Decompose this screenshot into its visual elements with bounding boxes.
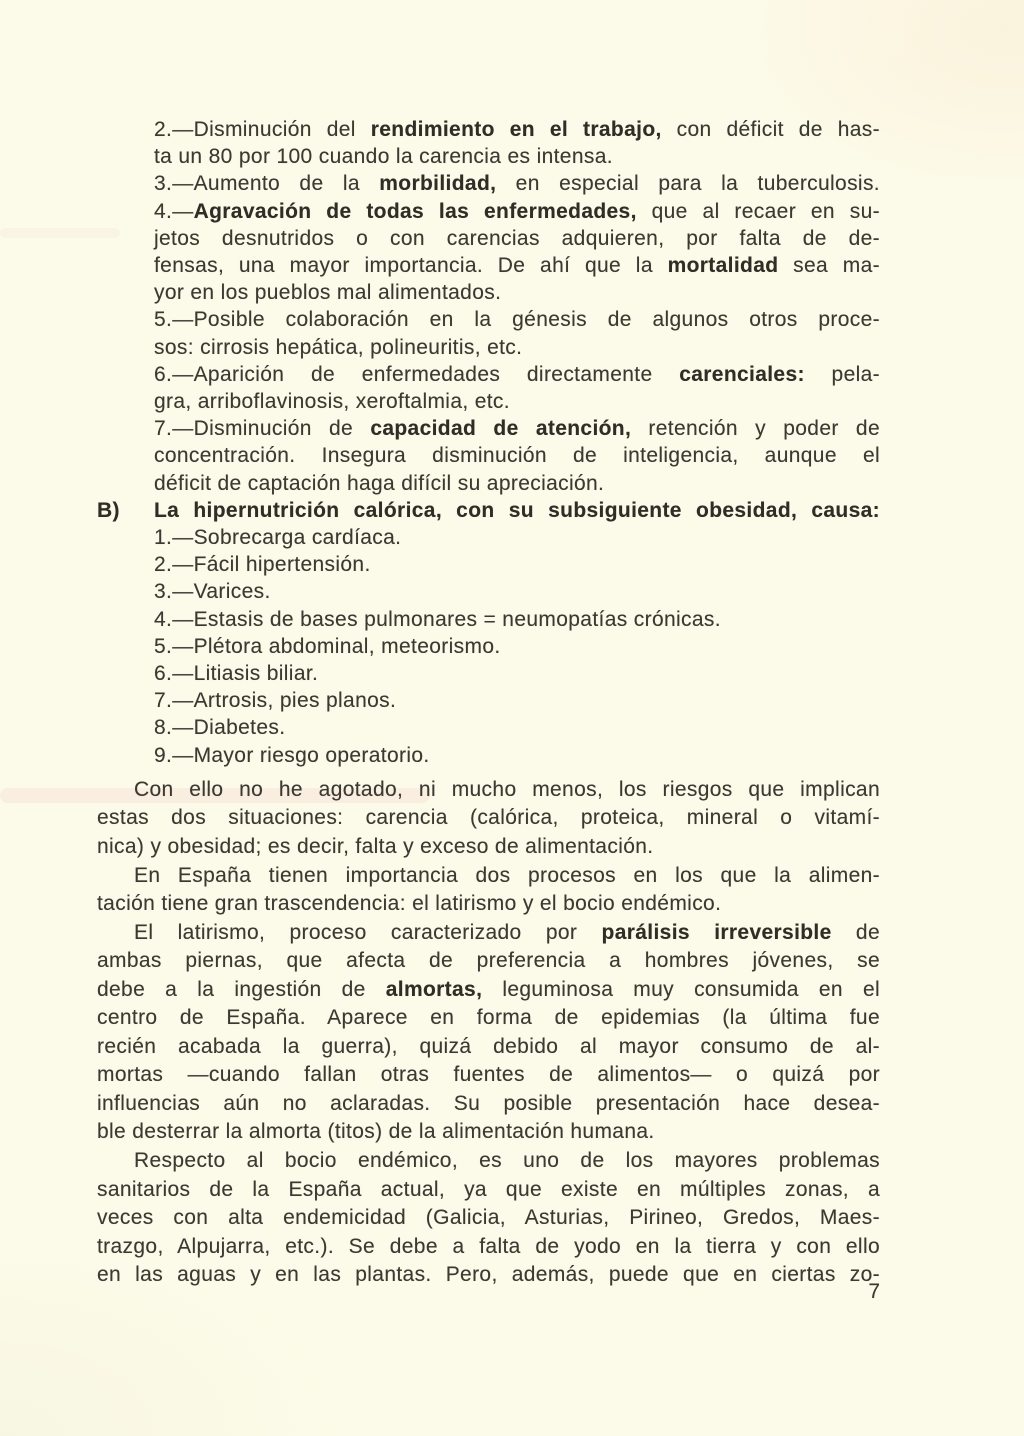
text-line: gra, arriboflavinosis, xeroftalmia, etc. [154,388,880,415]
text-run: pela- [805,363,880,386]
text-run: sanitarios de la España actual, ya que e… [97,1178,880,1201]
text-run: 5.—Posible colaboración en la génesis de… [154,308,880,331]
list-item: 6.—Litiasis biliar. [154,660,880,687]
text-line: mortas —cuando fallan otras fuentes de a… [97,1061,880,1090]
text-line: En España tienen importancia dos proceso… [97,862,880,891]
list-item: 5.—Posible colaboración en la génesis de… [154,306,880,360]
text-run: gra, arriboflavinosis, xeroftalmia, etc. [154,390,510,413]
text-run: ambas piernas, que afecta de preferencia… [97,949,880,972]
text-run: estas dos situaciones: carencia (calóric… [97,806,880,829]
text-run: centro de España. Aparece en forma de ep… [97,1006,880,1029]
text-line: 5.—Posible colaboración en la génesis de… [154,306,880,333]
text-line: concentración. Insegura disminución de i… [154,442,880,469]
text-run: debe a la ingestión de [97,978,386,1001]
text-line: ambas piernas, que afecta de preferencia… [97,947,880,976]
text-line: trazgo, Alpujarra, etc.). Se debe a falt… [97,1233,880,1262]
list-item: 5.—Plétora abdominal, meteorismo. [154,633,880,660]
list-item: 4.—Estasis de bases pulmonares = neumopa… [154,606,880,633]
list-item: 1.—Sobrecarga cardíaca. [154,524,880,551]
text-run: concentración. Insegura disminución de i… [154,444,880,467]
text-run: en especial para la tuberculosis. [496,172,880,195]
list-item: 3.—Varices. [154,578,880,605]
text-line: tación tiene gran trascendencia: el lati… [97,890,880,919]
text-run: jetos desnutridos o con carencias adquie… [154,227,880,250]
list-item: 4.—Agravación de todas las enfermedades,… [154,198,880,307]
text-line: El latirismo, proceso caracterizado por … [97,919,880,948]
text-run: yor en los pueblos mal alimentados. [154,281,501,304]
text-run: ta un 80 por 100 cuando la carencia es i… [154,145,613,168]
section-b-heading: La hipernutrición calórica, con su subsi… [154,497,880,524]
text-run: tación tiene gran trascendencia: el lati… [97,892,721,915]
lists-section: 2.—Disminución del rendimiento en el tra… [97,116,880,769]
text-run: mortas —cuando fallan otras fuentes de a… [97,1063,880,1086]
bold-text-run: almortas, [386,978,483,1001]
document-page: { "page": { "number": "7", "paper_color"… [0,0,1024,1436]
bold-text-run: mortalidad [668,254,779,277]
text-line: ta un 80 por 100 cuando la carencia es i… [154,143,880,170]
bold-text-run: capacidad de atención, [370,417,631,440]
section-b-heading-row: B) La hipernutrición calórica, con su su… [97,497,880,524]
text-line: centro de España. Aparece en forma de ep… [97,1004,880,1033]
text-run: retención y poder de [631,417,880,440]
page-content: 2.—Disminución del rendimiento en el tra… [97,116,880,1290]
bold-text-run: morbilidad, [379,172,496,195]
text-line: yor en los pueblos mal alimentados. [154,279,880,306]
text-run: ble desterrar la almorta (titos) de la a… [97,1120,655,1143]
text-line: fensas, una mayor importancia. De ahí qu… [154,252,880,279]
text-run: trazgo, Alpujarra, etc.). Se debe a falt… [97,1235,880,1258]
text-line: Respecto al bocio endémico, es uno de lo… [97,1147,880,1176]
text-line: 3.—Aumento de la morbilidad, en especial… [154,170,880,197]
text-line: veces con alta endemicidad (Galicia, Ast… [97,1204,880,1233]
text-run: de [832,921,880,944]
list-a: 2.—Disminución del rendimiento en el tra… [154,116,880,497]
list-item: 2.—Disminución del rendimiento en el tra… [154,116,880,170]
paragraph: El latirismo, proceso caracterizado por … [97,919,880,1147]
text-run: déficit de captación haga difícil su apr… [154,472,604,495]
list-item: 3.—Aumento de la morbilidad, en especial… [154,170,880,197]
bold-text-run: parálisis irreversible [602,921,832,944]
text-line: sos: cirrosis hepática, polineuritis, et… [154,334,880,361]
text-line: Con ello no he agotado, ni mucho menos, … [97,776,880,805]
paragraph: En España tienen importancia dos proceso… [97,862,880,919]
text-run: con déficit de has- [662,118,880,141]
text-line: influencias aún no aclaradas. Su posible… [97,1090,880,1119]
text-line: sanitarios de la España actual, ya que e… [97,1176,880,1205]
list-item: 7.—Disminución de capacidad de atención,… [154,415,880,497]
text-run: leguminosa muy consumida en el [482,978,880,1001]
text-run: El latirismo, proceso caracterizado por [134,921,602,944]
text-run: influencias aún no aclaradas. Su posible… [97,1092,880,1115]
bold-text-run: rendimiento en el trabajo, [371,118,662,141]
text-run: sos: cirrosis hepática, polineuritis, et… [154,336,522,359]
text-run: nica) y obesidad; es decir, falta y exce… [97,835,653,858]
text-run: fensas, una mayor importancia. De ahí qu… [154,254,668,277]
page-number: 7 [97,1280,880,1304]
body-paragraphs: Con ello no he agotado, ni mucho menos, … [97,776,880,1290]
text-run: recién acabada la guerra), quizá debido … [97,1035,880,1058]
text-run: 7.—Disminución de [154,417,370,440]
text-run: Con ello no he agotado, ni mucho menos, … [134,778,880,801]
text-line: déficit de captación haga difícil su apr… [154,470,880,497]
list-b: 1.—Sobrecarga cardíaca.2.—Fácil hiperten… [154,524,880,769]
section-b-label: B) [97,497,154,524]
text-line: ble desterrar la almorta (titos) de la a… [97,1118,880,1147]
list-item: 7.—Artrosis, pies planos. [154,687,880,714]
text-run: 6.—Aparición de enfermedades directament… [154,363,679,386]
text-line: nica) y obesidad; es decir, falta y exce… [97,833,880,862]
paragraph: Respecto al bocio endémico, es uno de lo… [97,1147,880,1290]
list-item: 6.—Aparición de enfermedades directament… [154,361,880,415]
text-line: recién acabada la guerra), quizá debido … [97,1033,880,1062]
text-line: 6.—Aparición de enfermedades directament… [154,361,880,388]
text-line: jetos desnutridos o con carencias adquie… [154,225,880,252]
text-run: 4.— [154,200,194,223]
bold-text-run: carenciales: [679,363,805,386]
text-line: 7.—Disminución de capacidad de atención,… [154,415,880,442]
text-run: 3.—Aumento de la [154,172,379,195]
text-line: 2.—Disminución del rendimiento en el tra… [154,116,880,143]
text-run: sea ma- [778,254,880,277]
text-run: que al recaer en su- [637,200,880,223]
list-item: 9.—Mayor riesgo operatorio. [154,742,880,769]
text-line: debe a la ingestión de almortas, legumin… [97,976,880,1005]
list-item: 2.—Fácil hipertensión. [154,551,880,578]
text-line: estas dos situaciones: carencia (calóric… [97,804,880,833]
bold-text-run: Agravación de todas las enfermedades, [194,200,637,223]
text-line: 4.—Agravación de todas las enfermedades,… [154,198,880,225]
text-run: En España tienen importancia dos proceso… [134,864,880,887]
text-run: veces con alta endemicidad (Galicia, Ast… [97,1206,880,1229]
text-run: 2.—Disminución del [154,118,371,141]
text-run: Respecto al bocio endémico, es uno de lo… [134,1149,880,1172]
list-item: 8.—Diabetes. [154,714,880,741]
paragraph: Con ello no he agotado, ni mucho menos, … [97,776,880,862]
